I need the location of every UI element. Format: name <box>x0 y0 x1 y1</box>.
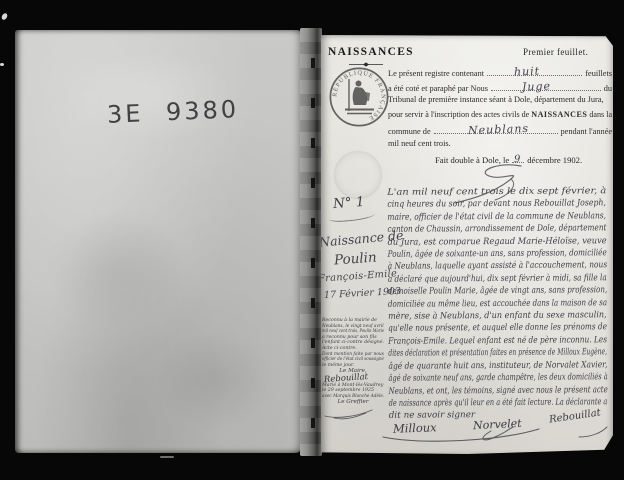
marginal-mention-note: Reconnu à la mairie de Neublans, le ving… <box>322 318 384 424</box>
form-line-5-print: commune de <box>388 127 431 136</box>
form-line-5-print-end: pendant l'année <box>561 127 612 136</box>
form-line-6-print: mil neuf cent trois. <box>388 139 451 148</box>
form-line-4-print: pour servir à l'inscription des actes ci… <box>388 110 612 119</box>
folio-note: Premier feuillet. <box>523 47 588 57</box>
naissances-emphasis: NAISSANCES <box>531 110 587 119</box>
backdrop-speck <box>160 456 174 458</box>
note-text: avec Marquis Blanche Adèle. <box>322 394 384 400</box>
binding-stitches <box>311 28 315 456</box>
dotted-blank: Juge <box>491 81 601 91</box>
form-line-4-pre: pour servir à l'inscription des actes ci… <box>388 110 529 119</box>
form-line-2: a été coté et paraphé par Nous Juge du <box>388 81 612 96</box>
greffier-signature-flourish <box>322 407 378 421</box>
form-line-2-print: a été coté et paraphé par Nous <box>388 84 488 93</box>
handwritten-fill: Juge <box>521 79 550 93</box>
handwritten-fill: huit <box>513 65 540 79</box>
dotted-blank: Neublans <box>434 124 558 134</box>
form-line-2-print-end: du <box>604 84 612 93</box>
dotted-blank: huit <box>487 66 582 76</box>
archive-cote-handwritten: 3E 9380 <box>106 95 239 129</box>
margin-title-given-names: François-Emile <box>318 268 398 284</box>
signature-flourishes <box>379 425 615 447</box>
form-line-4-post: dans la <box>589 110 612 119</box>
form-line-3-print: Tribunal de première instance séant à Do… <box>388 95 604 104</box>
form-line-1: Le présent registre contenant huit feuil… <box>388 66 612 81</box>
seated-allegory-figure <box>345 79 374 114</box>
act-number-underline <box>329 210 376 223</box>
act-line: de naissance après qu'il leur en a été f… <box>389 396 608 410</box>
note-line: le même jour. <box>322 363 384 369</box>
backdrop-speck <box>1 12 9 21</box>
note-text: le même jour. <box>322 363 354 369</box>
note-line: avec Marquis Blanche Adèle. <box>322 394 384 400</box>
paper-blotch <box>45 210 185 330</box>
act-number: N° 1 <box>332 194 364 212</box>
form-line-1-print: Le présent registre contenant <box>388 69 484 78</box>
handwritten-commune: Neublans <box>468 122 529 137</box>
republique-francaise-seal: RÉPUBLIQUE FRANÇAISE <box>328 66 390 128</box>
right-page: NAISSANCES Premier feuillet. RÉPUBLIQUE … <box>321 35 613 454</box>
left-page: 3E 9380 <box>15 30 302 453</box>
birth-act-handwritten-text: L'an mil neuf cent trois le dix sept fév… <box>387 185 608 422</box>
paper-blotch <box>155 330 275 430</box>
scanned-register-photo: { "palette": { "backdrop": "#070707", "l… <box>0 0 624 480</box>
form-line-6: mil neuf cent trois. <box>388 139 612 154</box>
margin-title-surname: Poulin <box>333 250 377 269</box>
form-line-5: commune de Neublans pendant l'année <box>388 124 612 139</box>
act-text: de naissance après qu'il leur en a été f… <box>389 396 608 410</box>
faint-stamp-ghost <box>334 151 382 199</box>
page-title: NAISSANCES <box>328 46 414 58</box>
register-opening-form: Le présent registre contenant huit feuil… <box>388 66 612 154</box>
backdrop-speck <box>0 63 4 66</box>
note-signoff-le-greffier: Le Greffier <box>322 400 384 406</box>
form-line-3: Tribunal de première instance séant à Do… <box>388 95 612 110</box>
form-line-1-print-end: feuillets <box>585 69 612 78</box>
book-spine <box>300 28 322 456</box>
